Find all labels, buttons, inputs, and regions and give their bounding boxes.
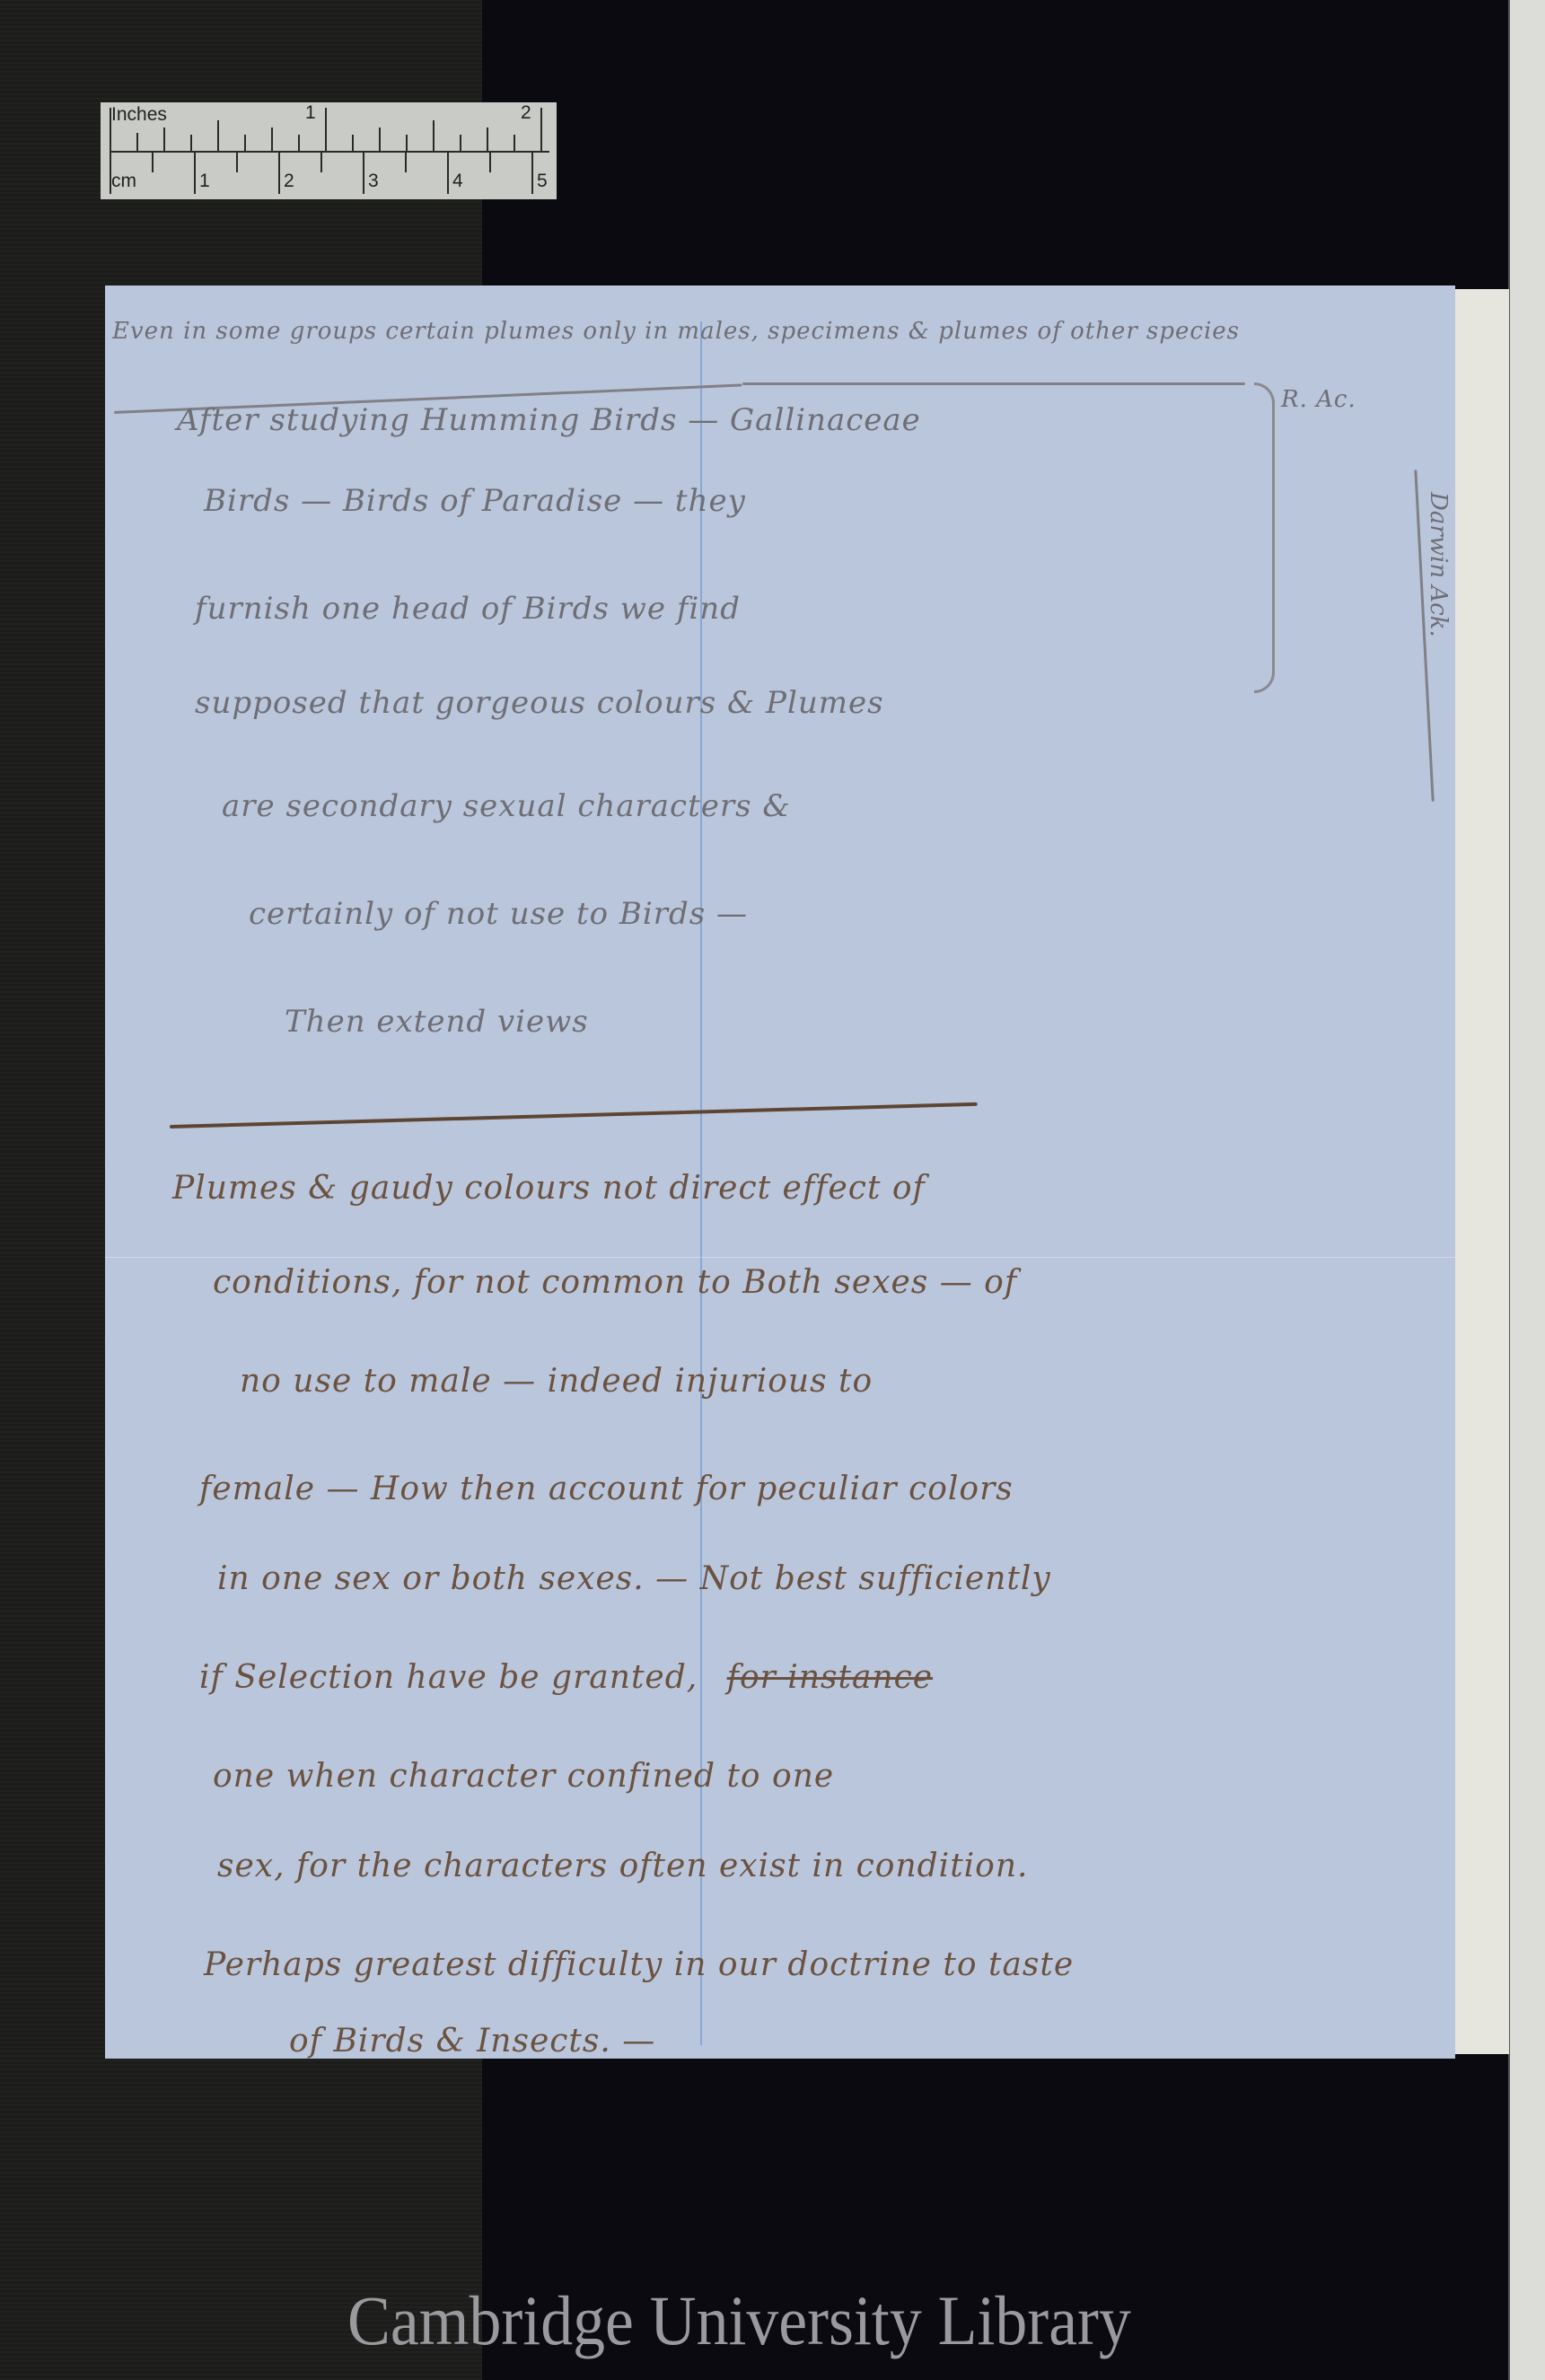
library-watermark: Cambridge University Library — [330, 2280, 1148, 2361]
pencil-line-1: After studying Humming Birds — Gallinace… — [177, 402, 921, 438]
ink-line-8: sex, for the characters often exist in c… — [217, 1848, 1028, 1884]
ink-line-2: conditions, for not common to Both sexes… — [213, 1264, 1017, 1301]
right-edge-strip — [1508, 0, 1545, 2380]
ruler-cm-1: 1 — [199, 171, 210, 192]
ruler-axis — [110, 151, 549, 153]
ink-line-5: in one sex or both sexes. — Not best suf… — [217, 1560, 1051, 1597]
ink-line-6: if Selection have be granted, for instan… — [199, 1659, 933, 1696]
pencil-bracket — [1254, 382, 1275, 693]
pencil-line-7: Then extend views — [285, 1004, 589, 1040]
struck-out-text: for instance — [727, 1659, 933, 1696]
ink-divider-rule — [170, 1102, 978, 1129]
pencil-line-3: furnish one head of Birds we find — [195, 591, 741, 627]
ruler-cm-4: 4 — [452, 171, 463, 192]
ruler-cm-label: cm — [111, 171, 136, 192]
ruler-cm-2: 2 — [284, 171, 294, 192]
ruler-inch-2: 2 — [521, 102, 531, 124]
side-note: Darwin Ack. — [1425, 492, 1452, 637]
pencil-line-6: certainly of not use to Birds — — [249, 896, 748, 932]
fold-crease — [105, 1257, 1455, 1258]
ink-line-4: female — How then account for peculiar c… — [199, 1471, 1014, 1507]
pencil-line-2: Birds — Birds of Paradise — they — [204, 483, 746, 519]
ruler-cm-5: 5 — [537, 171, 548, 192]
bracket-note: R. Ac. — [1281, 386, 1356, 413]
ink-line-1: Plumes & gaudy colours not direct effect… — [172, 1170, 926, 1207]
ink-line-9: Perhaps greatest difficulty in our doctr… — [204, 1946, 1074, 1983]
pencil-line-4: supposed that gorgeous colours & Plumes — [195, 685, 884, 721]
pencil-divider-rule-2 — [742, 382, 1245, 385]
ink-line-6-text: if Selection have be granted, — [199, 1659, 698, 1696]
ink-line-3: no use to male — indeed injurious to — [240, 1363, 873, 1400]
ink-line-10: of Birds & Insects. — — [289, 2023, 655, 2059]
ink-line-7: one when character confined to one — [213, 1758, 834, 1795]
ruler-inches-label: Inches — [111, 104, 167, 126]
pencil-line-5: are secondary sexual characters & — [222, 788, 791, 824]
ruler-inch-1: 1 — [305, 102, 316, 124]
mounting-hinge-strip — [1455, 289, 1509, 2054]
ruler-cm-3: 3 — [368, 171, 379, 192]
scale-ruler: Inches cm 1 2 1 2 3 4 5 — [101, 102, 557, 199]
top-note: Even in some groups certain plumes only … — [112, 318, 1240, 345]
manuscript-page: Even in some groups certain plumes only … — [105, 285, 1455, 2059]
